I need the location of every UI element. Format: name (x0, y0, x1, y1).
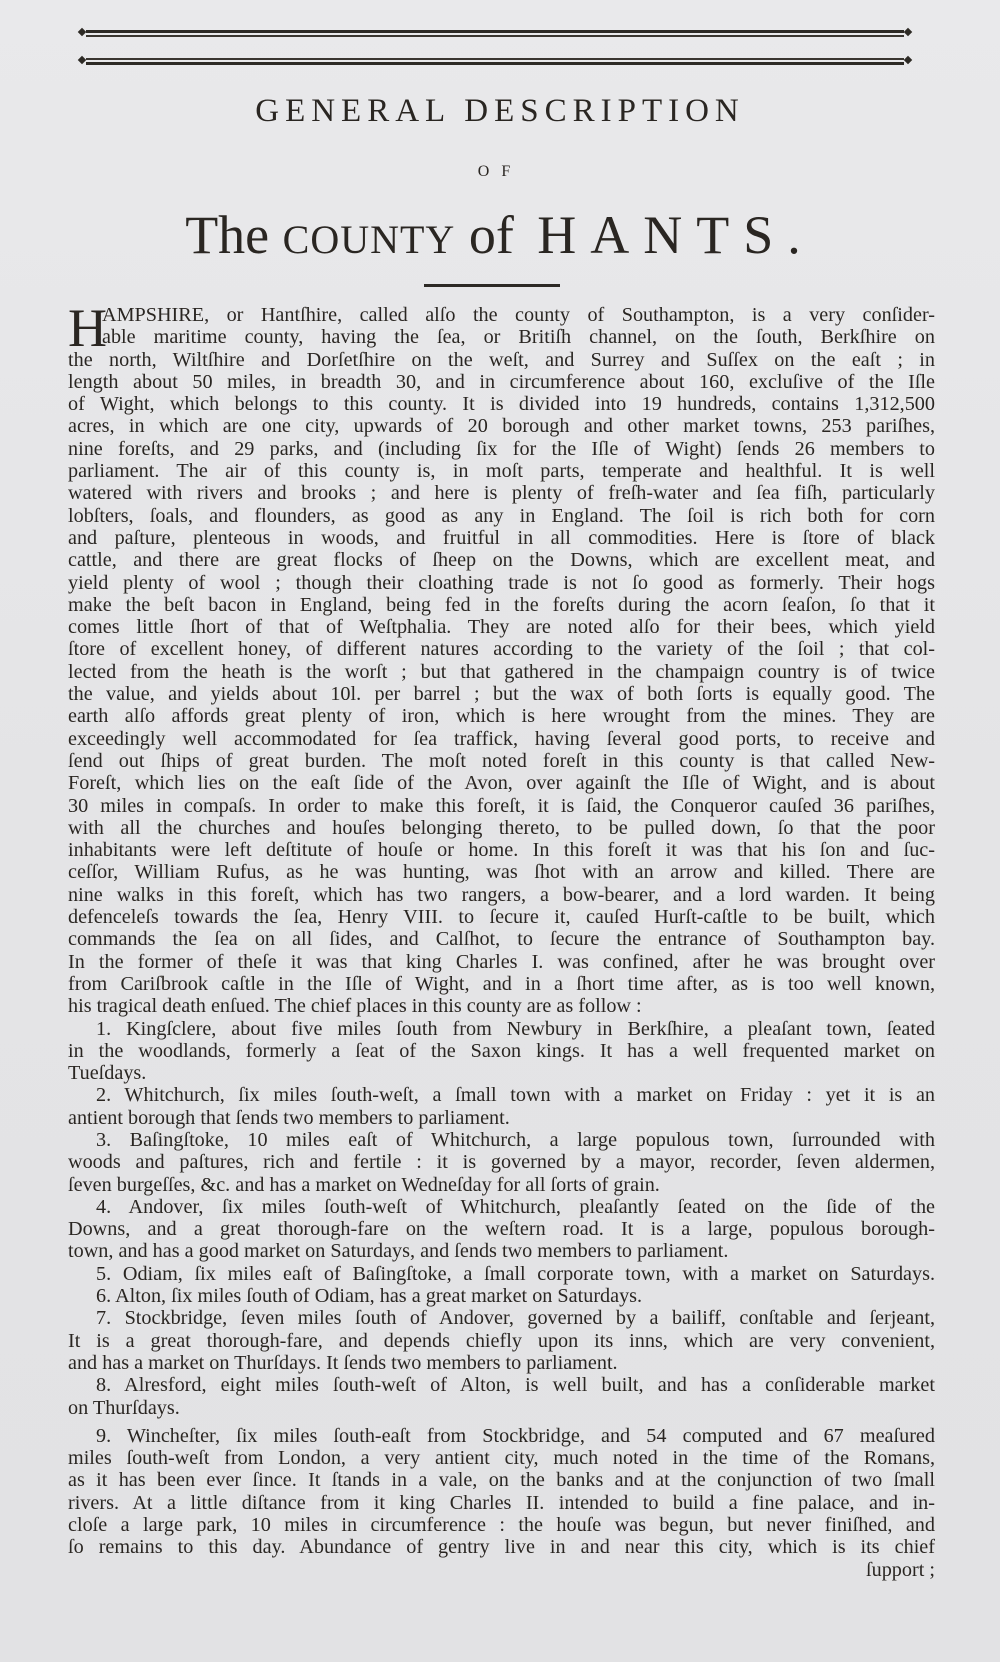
text-line: ſend out ſhips of great burden. The moſt… (68, 750, 935, 772)
text-line: 8. Alresford, eight miles ſouth-weſt of … (68, 1374, 935, 1396)
place-entry-kingsclere: 1. Kingſclere, about five miles ſouth fr… (68, 1018, 935, 1085)
title-general-description: GENERAL DESCRIPTION (0, 93, 1000, 130)
text-line: Tueſdays. (68, 1062, 935, 1084)
body-text: H AMPSHIRE, or Hantſhire, called alſo th… (68, 304, 935, 1581)
text-line: 30 miles in compaſs. In order to make th… (68, 795, 935, 817)
place-entry-odiam: 5. Odiam, ſix miles eaſt of Baſingſtoke,… (68, 1263, 935, 1285)
place-entry-stockbridge: 7. Stockbridge, ſeven miles ſouth of And… (68, 1307, 935, 1374)
document-page: GENERAL DESCRIPTION OF The COUNTY of HAN… (0, 0, 1000, 1662)
place-entry-basingstoke: 3. Baſingſtoke, 10 miles eaſt of Whitchu… (68, 1129, 935, 1196)
rule-ornament-left (78, 57, 86, 65)
text-line: comes little ſhort of that of Weſtphalia… (68, 616, 935, 638)
title-the: The (185, 205, 269, 265)
place-entry-andover: 4. Andover, ſix miles ſouth-weſt of Whit… (68, 1196, 935, 1263)
text-line: It is a great thorough-fare, and depends… (68, 1330, 935, 1352)
text-line: ſtore of excellent honey, of different n… (68, 638, 935, 660)
text-line: rivers. At a little diſtance from it kin… (68, 1492, 935, 1514)
text-line: lected from the heath is the worſt ; but… (68, 661, 935, 683)
text-line: ſo remains to this day. Abundance of gen… (68, 1536, 935, 1558)
place-entry-alton: 6. Alton, ſix miles ſouth of Odiam, has … (68, 1285, 935, 1307)
text-line: Foreſt, which lies on the eaſt ſide of t… (68, 772, 935, 794)
text-line: watered with rivers and brooks ; and her… (68, 482, 935, 504)
text-line: ſeven burgeſſes, &c. and has a market on… (68, 1174, 935, 1196)
text-line: the value, and yields about 10l. per bar… (68, 683, 935, 705)
text-line: yield plenty of wool ; though their cloa… (68, 572, 935, 594)
rule-ornament-right (904, 29, 912, 37)
text-line: on Thurſdays. (68, 1397, 935, 1419)
text-line: 4. Andover, ſix miles ſouth-weſt of Whit… (68, 1196, 935, 1218)
text-line: able maritime county, having the ſea, or… (68, 326, 935, 348)
text-line: defenceleſs towards the ſea, Henry VIII.… (68, 906, 935, 928)
text-line: antient borough that ſends two members t… (68, 1107, 935, 1129)
second-double-rule (78, 58, 912, 65)
text-line: and has a market on Thurſdays. It ſends … (68, 1352, 935, 1374)
text-line: AMPSHIRE, or Hantſhire, called alſo the … (68, 304, 935, 326)
rule-ornament-right (904, 57, 912, 65)
text-line: lobſters, ſoals, and flounders, as good … (68, 505, 935, 527)
text-line: with all the churches and houſes belongi… (68, 817, 935, 839)
text-line: exceedingly well accommodated for ſea tr… (68, 728, 935, 750)
text-line: ceſſor, William Rufus, as he was hunting… (68, 861, 935, 883)
text-line: parliament. The air of this county is, i… (68, 460, 935, 482)
text-line: woods and paſtures, rich and fertile : i… (68, 1151, 935, 1173)
rule-ornament-left (78, 29, 86, 37)
place-entry-whitchurch: 2. Whitchurch, ſix miles ſouth-weſt, a ſ… (68, 1084, 935, 1129)
text-line: the north, Wiltſhire and Dorſetſhire on … (68, 349, 935, 371)
text-line: 5. Odiam, ſix miles eaſt of Baſingſtoke,… (68, 1263, 935, 1285)
text-line: as it has been ever ſince. It ſtands in … (68, 1469, 935, 1491)
text-line: 2. Whitchurch, ſix miles ſouth-weſt, a ſ… (68, 1084, 935, 1106)
text-line: 6. Alton, ſix miles ſouth of Odiam, has … (68, 1285, 935, 1307)
text-line: 1. Kingſclere, about five miles ſouth fr… (68, 1018, 935, 1040)
text-line: miles ſouth-weſt from London, a very ant… (68, 1447, 935, 1469)
title-divider (424, 284, 560, 287)
title-of: OF (0, 163, 1000, 181)
text-line: commands the ſea on all ſides, and Calſh… (68, 928, 935, 950)
text-line: and paſture, plenteous in woods, and fru… (68, 527, 935, 549)
text-line: nine foreſts, and 29 parks, and (includi… (68, 438, 935, 460)
text-line: nine walks in this foreſt, which has two… (68, 884, 935, 906)
top-double-rule (78, 30, 912, 37)
text-line: 3. Baſingſtoke, 10 miles eaſt of Whitchu… (68, 1129, 935, 1151)
text-line: 7. Stockbridge, ſeven miles ſouth of And… (68, 1307, 935, 1329)
text-line: length about 50 miles, in breadth 30, an… (68, 371, 935, 393)
place-entry-winchester: 9. Wincheſter, ſix miles ſouth-eaſt from… (68, 1425, 935, 1559)
text-line: cloſe a large park, 10 miles in circumfe… (68, 1514, 935, 1536)
title-hants: HANTS. (537, 205, 815, 265)
title-of-word: of (469, 205, 514, 265)
text-line: cattle, and there are great flocks of ſh… (68, 549, 935, 571)
text-line: earth alſo affords great plenty of iron,… (68, 705, 935, 727)
text-line: acres, in which are one city, upwards of… (68, 415, 935, 437)
catchword: ſupport ; (68, 1559, 935, 1581)
text-line: town, and has a good market on Saturdays… (68, 1240, 935, 1262)
text-line: in the woodlands, formerly a ſeat of the… (68, 1040, 935, 1062)
text-line: In the former of theſe it was that king … (68, 951, 935, 973)
text-line: inhabitants were left deſtitute of houſe… (68, 839, 935, 861)
text-line: 9. Wincheſter, ſix miles ſouth-eaſt from… (68, 1425, 935, 1447)
title-county: COUNTY (283, 217, 456, 262)
title-county-of-hants: The COUNTY of HANTS. (0, 205, 1000, 270)
text-line: of Wight, which belongs to this county. … (68, 393, 935, 415)
text-line: his tragical death enſued. The chief pla… (68, 995, 935, 1017)
text-line: Downs, and a great thorough-fare on the … (68, 1218, 935, 1240)
text-line: from Cariſbrook caſtle in the Iſle of Wi… (68, 973, 935, 995)
opening-paragraph: H AMPSHIRE, or Hantſhire, called alſo th… (68, 304, 935, 1018)
place-entry-alresford: 8. Alresford, eight miles ſouth-weſt of … (68, 1374, 935, 1419)
drop-cap: H (68, 306, 107, 350)
text-line: make the beſt bacon in England, being fe… (68, 594, 935, 616)
